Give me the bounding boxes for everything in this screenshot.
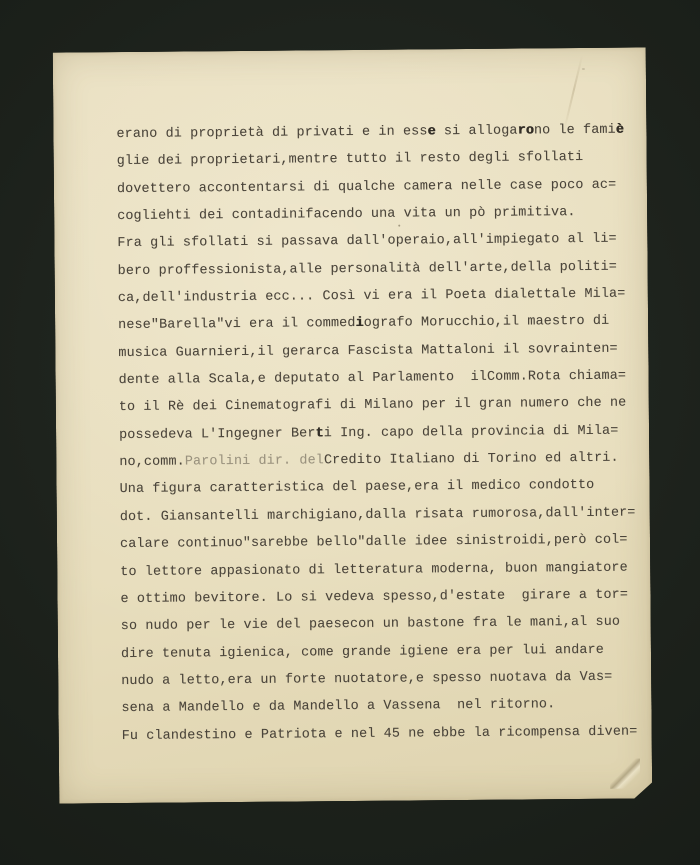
text-segment: glie dei proprietari,mentre tutto il res… — [117, 150, 584, 169]
text-line: to il Rè dei Cinematografi di Milano per… — [119, 390, 635, 422]
text-line: dire tenuta igienica, come grande igiene… — [121, 636, 637, 668]
paper-sheet: erano di proprietà di privati e in esse … — [53, 47, 653, 803]
paper-speck — [582, 68, 585, 70]
text-segment: e ottimo bevitore. Lo si vedeva spesso,d… — [120, 587, 628, 606]
corner-fold — [610, 759, 640, 789]
text-segment: Fu clandestino e Patriota e nel 45 ne eb… — [122, 724, 638, 743]
text-segment: ografo Morucchio,il maestro di — [364, 314, 610, 331]
text-line: nese"Barella"vi era il commediografo Mor… — [118, 308, 634, 340]
text-segment: è — [616, 123, 624, 138]
text-segment: dot. Giansantelli marchigiano,dalla risa… — [120, 505, 636, 524]
text-segment: so nudo per le vie del paesecon un basto… — [121, 615, 620, 634]
text-segment: Una figura caratteristica del paese,era … — [119, 478, 594, 497]
text-segment: t — [315, 426, 323, 441]
text-line: to lettore appasionato di letteratura mo… — [120, 554, 636, 586]
text-segment: no,comm. — [119, 455, 185, 471]
text-segment: nudo a letto,era un forte nuotatore,e sp… — [121, 670, 612, 689]
text-segment: Fra gli sfollati si passava dall'operaio… — [117, 232, 616, 251]
text-segment: i Ing. capo della provincia di Mila= — [324, 423, 619, 441]
scan-backdrop: erano di proprietà di privati e in esse … — [0, 0, 700, 865]
text-segment: cogliehti dei contadinifacendo una vita … — [117, 205, 576, 224]
text-line: Una figura caratteristica del paese,era … — [119, 472, 635, 504]
text-line: Fra gli sfollati si passava dall'operaio… — [117, 226, 633, 258]
text-segment: erano di proprietà di privati e in ess — [116, 124, 427, 142]
text-line: Fu clandestino e Patriota e nel 45 ne eb… — [122, 718, 638, 750]
text-segment: bero proffessionista,alle personalità de… — [118, 259, 617, 278]
text-segment: ca,dell'industria ecc... Così vi era il … — [118, 287, 626, 306]
text-segment: ro — [517, 123, 534, 138]
text-segment: to lettore appasionato di letteratura mo… — [120, 560, 628, 579]
text-segment: musica Guarnieri,il gerarca Fascista Mat… — [118, 341, 617, 360]
text-segment: Credito Italiano di Torino ed altri. — [324, 451, 619, 469]
text-segment: possedeva L'Ingegner Ber — [119, 426, 316, 443]
typewritten-text: erano di proprietà di privati e in esse … — [116, 117, 637, 750]
text-line: calare continuo"sarebbe bello"dalle idee… — [120, 527, 636, 559]
text-segment: sena a Mandello e da Mandello a Vassena … — [121, 697, 555, 716]
text-segment: i — [355, 316, 363, 331]
text-segment: dente alla Scala,e deputato al Parlament… — [119, 369, 627, 388]
text-line: so nudo per le vie del paesecon un basto… — [121, 609, 637, 641]
text-segment: calare continuo"sarebbe bello"dalle idee… — [120, 533, 628, 552]
text-segment: no le fami — [534, 123, 616, 139]
text-segment: Parolini dir. del — [185, 453, 324, 469]
text-segment: si alloga — [436, 124, 518, 140]
text-segment: dire tenuta igienica, come grande igiene… — [121, 642, 604, 661]
text-line: glie dei proprietari,mentre tutto il res… — [117, 144, 633, 176]
text-line: nudo a letto,era un forte nuotatore,e sp… — [121, 663, 637, 695]
text-segment: dovettero accontentarsi di qualche camer… — [117, 177, 616, 196]
text-segment: to il Rè dei Cinematografi di Milano per… — [119, 396, 627, 415]
text-segment: nese"Barella"vi era il commed — [118, 316, 356, 333]
